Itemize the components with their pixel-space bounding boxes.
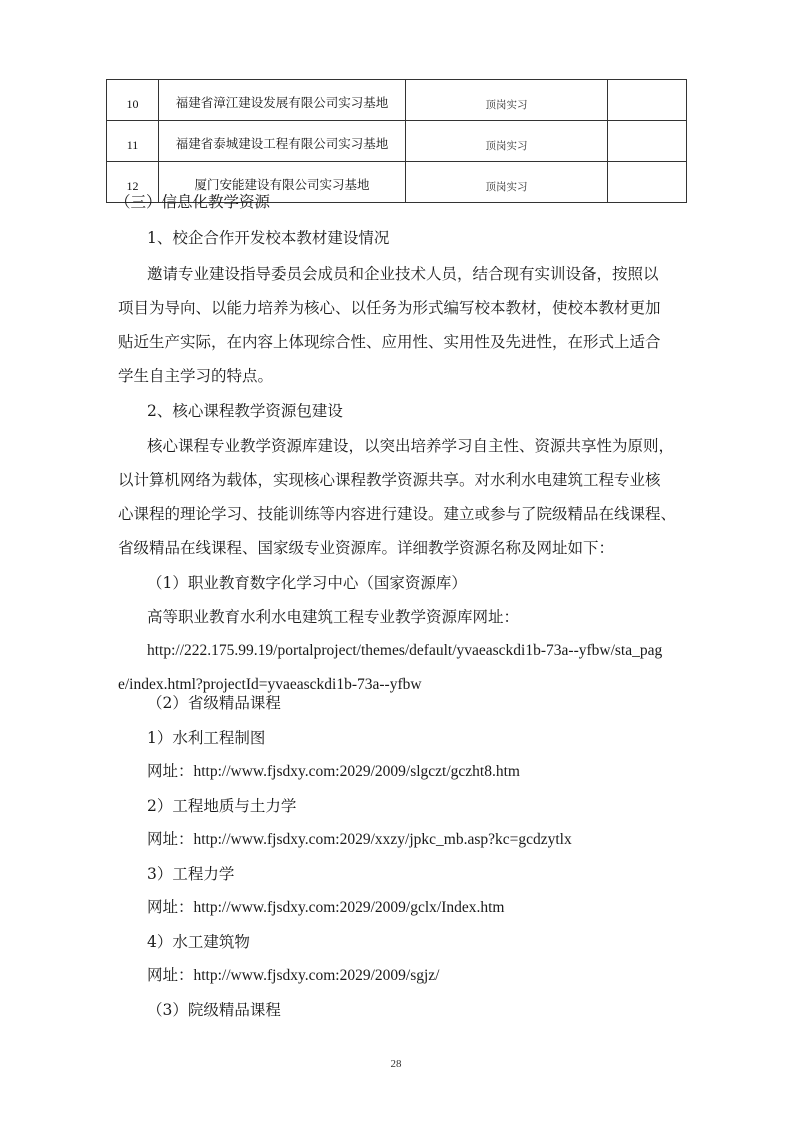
subsection-title-resources: 2、核心课程教学资源包建设 xyxy=(147,401,343,421)
national-resource-title: （1）职业教育数字化学习中心（国家资源库） xyxy=(147,573,467,593)
practice-type: 顶岗实习 xyxy=(406,162,608,203)
paragraph-line: 项目为导向、以能力培养为核心、以任务为形式编写校本教材，使校本教材更加 xyxy=(118,298,688,318)
base-name: 福建省漳江建设发展有限公司实习基地 xyxy=(159,80,406,121)
document-page: 10 福建省漳江建设发展有限公司实习基地 顶岗实习 11 福建省泰城建设工程有限… xyxy=(0,0,792,1122)
row-number: 10 xyxy=(107,80,159,121)
paragraph-line: 核心课程专业教学资源库建设，以突出培养学习自主性、资源共享性为原则， xyxy=(147,436,674,456)
paragraph-line: 邀请专业建设指导委员会成员和企业技术人员，结合现有实训设备，按照以 xyxy=(147,264,687,284)
course-url[interactable]: 网址：http://www.fjsdxy.com:2029/2009/slgcz… xyxy=(147,762,520,782)
section-heading: （三）信息化教学资源 xyxy=(115,192,270,212)
course-url[interactable]: 网址：http://www.fjsdxy.com:2029/2009/gclx/… xyxy=(147,898,504,918)
practice-type: 顶岗实习 xyxy=(406,80,608,121)
table-row: 10 福建省漳江建设发展有限公司实习基地 顶岗实习 xyxy=(107,80,687,121)
course-url[interactable]: 网址：http://www.fjsdxy.com:2029/xxzy/jpkc_… xyxy=(147,830,572,850)
national-resource-url[interactable]: http://222.175.99.19/portalproject/theme… xyxy=(147,641,662,661)
course-name: 3）工程力学 xyxy=(147,864,234,884)
course-name: 1）水利工程制图 xyxy=(147,728,265,748)
course-name: 4）水工建筑物 xyxy=(147,932,250,952)
paragraph-line: 贴近生产实际，在内容上体现综合性、应用性、实用性及先进性，在形式上适合 xyxy=(118,332,688,352)
note-cell xyxy=(608,162,687,203)
national-resource-url-cont[interactable]: e/index.html?projectId=yvaeasckdi1b-73a-… xyxy=(118,675,422,695)
page-number: 28 xyxy=(0,1058,792,1070)
paragraph-line: 心课程的理论学习、技能训练等内容进行建设。建立或参与了院级精品在线课程、 xyxy=(118,504,676,524)
note-cell xyxy=(608,121,687,162)
national-resource-desc: 高等职业教育水利水电建筑工程专业教学资源库网址： xyxy=(147,607,519,627)
provincial-courses-title: （2）省级精品课程 xyxy=(147,693,281,713)
base-name: 福建省泰城建设工程有限公司实习基地 xyxy=(159,121,406,162)
course-url[interactable]: 网址：http://www.fjsdxy.com:2029/2009/sgjz/ xyxy=(147,966,439,986)
paragraph-line: 以计算机网络为载体，实现核心课程教学资源共享。对水利水电建筑工程专业核 xyxy=(118,470,661,490)
table-row: 11 福建省泰城建设工程有限公司实习基地 顶岗实习 xyxy=(107,121,687,162)
row-number: 11 xyxy=(107,121,159,162)
paragraph-line: 省级精品在线课程、国家级专业资源库。详细教学资源名称及网址如下： xyxy=(118,538,614,558)
practice-base-table: 10 福建省漳江建设发展有限公司实习基地 顶岗实习 11 福建省泰城建设工程有限… xyxy=(106,79,687,203)
college-courses-title: （3）院级精品课程 xyxy=(147,1000,281,1020)
course-name: 2）工程地质与土力学 xyxy=(147,796,296,816)
paragraph-line: 学生自主学习的特点。 xyxy=(118,366,273,386)
practice-type: 顶岗实习 xyxy=(406,121,608,162)
note-cell xyxy=(608,80,687,121)
subsection-title-textbooks: 1、校企合作开发校本教材建设情况 xyxy=(147,228,389,248)
